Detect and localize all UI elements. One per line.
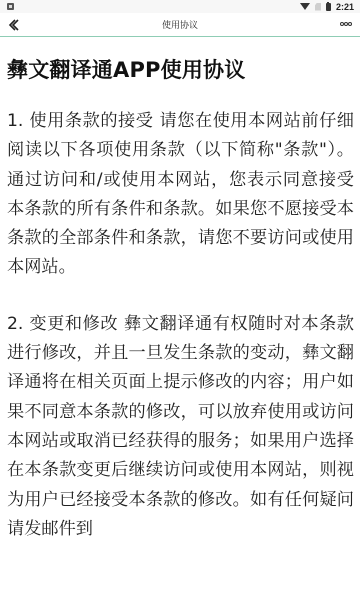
- document-title: 彝文翻译通APP使用协议: [7, 55, 354, 85]
- back-button[interactable]: [7, 17, 21, 33]
- double-chevron-left-icon: [8, 19, 20, 31]
- status-indicators: 2:21: [300, 2, 354, 12]
- more-options-button[interactable]: [340, 21, 352, 27]
- paragraph-changes: 2. 变更和修改 彝文翻译通有权随时对本条款进行修改，并且一旦发生条款的变动，彝…: [7, 310, 354, 544]
- wifi-icon: [300, 3, 310, 10]
- more-dots-icon-part: [348, 22, 352, 26]
- status-time: 2:21: [336, 2, 354, 12]
- page-title: 使用协议: [162, 18, 198, 31]
- paragraph-acceptance: 1. 使用条款的接受 请您在使用本网站前仔细阅读以下各项使用条款（以下简称"条款…: [7, 107, 354, 283]
- agreement-content: 彝文翻译通APP使用协议 1. 使用条款的接受 请您在使用本网站前仔细阅读以下各…: [0, 38, 360, 544]
- battery-icon: [326, 3, 331, 11]
- toolbar: 使用协议: [0, 13, 360, 37]
- status-bar: 2:21: [0, 0, 360, 13]
- no-sim-icon: [315, 3, 321, 11]
- notification-icon: [7, 3, 14, 10]
